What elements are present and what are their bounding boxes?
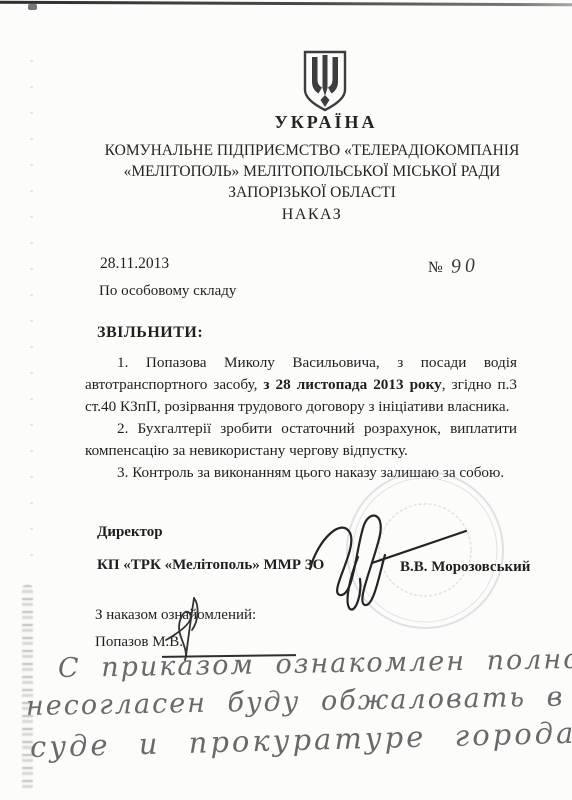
- document-type-title: НАКАЗ: [88, 206, 536, 224]
- organization-name-line-2: «МЕЛІТОПОЛЬ» МЕЛІТОПОЛЬСЬКОЇ МІСЬКОЇ РАД…: [88, 161, 536, 182]
- director-name: В.В. Морозовський: [400, 559, 530, 576]
- order-number-label: №: [428, 259, 443, 276]
- directive-heading: ЗВІЛЬНИТИ:: [97, 324, 203, 342]
- scanned-order-document: УКРАЇНА КОМУНАЛЬНЕ ПІДПРИЄМСТВО «ТЕЛЕРАД…: [0, 0, 572, 800]
- order-number: №90: [428, 255, 479, 278]
- organization-name: КОМУНАЛЬНЕ ПІДПРИЄМСТВО «ТЕЛЕРАДІОКОМПАН…: [88, 140, 536, 203]
- order-item-2: 2. Бухгалтерії зробити остаточний розрах…: [85, 418, 517, 462]
- scan-corner-mark: [28, 4, 37, 10]
- order-item-1-bold-date: з 28 листопада 2013 року: [263, 376, 441, 393]
- trident-emblem-icon: [301, 50, 349, 117]
- handwritten-note-line-3: суде и прокуратуре города: [30, 716, 572, 764]
- organization-name-line-3: ЗАПОРІЗЬКОЇ ОБЛАСТІ: [88, 182, 536, 203]
- signer-position: Директор: [97, 524, 163, 541]
- order-number-handwritten-value: 90: [450, 254, 479, 278]
- handwritten-note-line-2: несогласен буду обжаловать в: [26, 682, 565, 722]
- scan-top-edge-artifact: [0, 1, 572, 7]
- scan-left-edge-dots: [30, 60, 33, 580]
- order-item-1: 1. Попазова Миколу Васильовича, з посади…: [85, 352, 517, 418]
- organization-name-line-1: КОМУНАЛЬНЕ ПІДПРИЄМСТВО «ТЕЛЕРАДІОКОМПАН…: [88, 140, 536, 161]
- order-date: 28.11.2013: [100, 255, 169, 273]
- signer-organization: КП «ТРК «Мелітополь» ММР ЗО: [97, 557, 324, 574]
- order-subject: По особовому складу: [99, 283, 236, 300]
- country-title: УКРАЇНА: [240, 112, 412, 133]
